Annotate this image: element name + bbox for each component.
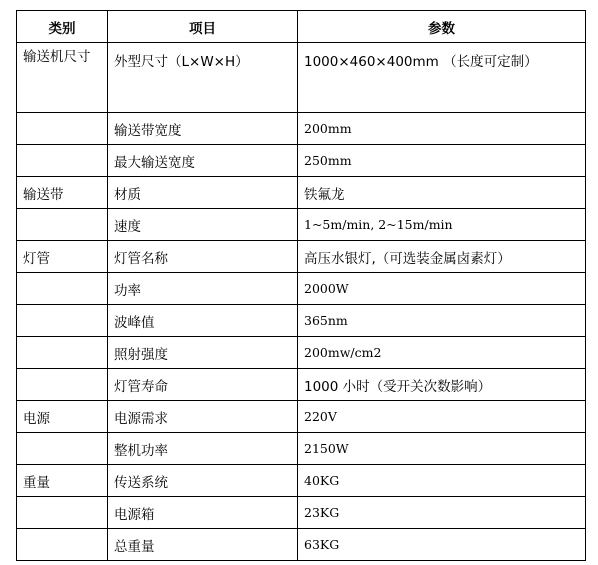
value-cell: 1000×460×400mm （长度可定制）: [298, 43, 586, 113]
table-row: 灯管寿命 1000 小时（受开关次数影响）: [17, 369, 586, 401]
value-cell: 40KG: [298, 465, 586, 497]
table-row: 整机功率 2150W: [17, 433, 586, 465]
header-value: 参数: [298, 11, 586, 43]
item-cell: 电源箱: [108, 497, 298, 529]
category-cell: [17, 305, 108, 337]
value-cell: 220V: [298, 401, 586, 433]
value-cell: 2150W: [298, 433, 586, 465]
value-cell: 铁氟龙: [298, 177, 586, 209]
category-cell: 输送带: [17, 177, 108, 209]
item-cell: 灯管寿命: [108, 369, 298, 401]
table-row: 照射强度 200mw/cm2: [17, 337, 586, 369]
item-cell: 整机功率: [108, 433, 298, 465]
table-row: 输送带 材质 铁氟龙: [17, 177, 586, 209]
header-category: 类别: [17, 11, 108, 43]
table-row: 波峰值 365nm: [17, 305, 586, 337]
item-cell: 外型尺寸（L×W×H）: [108, 43, 298, 113]
category-cell: 输送机尺寸: [17, 43, 108, 113]
item-cell: 照射强度: [108, 337, 298, 369]
category-cell: [17, 145, 108, 177]
category-cell: [17, 497, 108, 529]
category-cell: [17, 273, 108, 305]
value-cell: 2000W: [298, 273, 586, 305]
category-cell: [17, 337, 108, 369]
item-cell: 功率: [108, 273, 298, 305]
value-cell: 200mw/cm2: [298, 337, 586, 369]
category-cell: [17, 433, 108, 465]
category-cell: 电源: [17, 401, 108, 433]
table-row: 电源箱 23KG: [17, 497, 586, 529]
item-cell: 波峰值: [108, 305, 298, 337]
table-row: 最大输送宽度 250mm: [17, 145, 586, 177]
category-cell: 重量: [17, 465, 108, 497]
value-cell: 63KG: [298, 529, 586, 561]
item-cell: 材质: [108, 177, 298, 209]
item-cell: 电源需求: [108, 401, 298, 433]
table-row: 速度 1~5m/min, 2~15m/min: [17, 209, 586, 241]
category-cell: [17, 529, 108, 561]
category-cell: 灯管: [17, 241, 108, 273]
item-cell: 总重量: [108, 529, 298, 561]
category-cell: [17, 369, 108, 401]
table-row: 电源 电源需求 220V: [17, 401, 586, 433]
header-item: 项目: [108, 11, 298, 43]
value-cell: 高压水银灯,（可选装金属卤素灯）: [298, 241, 586, 273]
value-cell: 1~5m/min, 2~15m/min: [298, 209, 586, 241]
value-cell: 250mm: [298, 145, 586, 177]
item-cell: 速度: [108, 209, 298, 241]
category-cell: [17, 209, 108, 241]
value-cell: 365nm: [298, 305, 586, 337]
category-cell: [17, 113, 108, 145]
item-cell: 灯管名称: [108, 241, 298, 273]
value-cell: 1000 小时（受开关次数影响）: [298, 369, 586, 401]
table-row: 功率 2000W: [17, 273, 586, 305]
table-row: 总重量 63KG: [17, 529, 586, 561]
table-row: 输送带宽度 200mm: [17, 113, 586, 145]
item-cell: 最大输送宽度: [108, 145, 298, 177]
spec-table: 类别 项目 参数 输送机尺寸 外型尺寸（L×W×H） 1000×460×400m…: [16, 10, 586, 561]
value-cell: 23KG: [298, 497, 586, 529]
table-row: 灯管 灯管名称 高压水银灯,（可选装金属卤素灯）: [17, 241, 586, 273]
table-row: 输送机尺寸 外型尺寸（L×W×H） 1000×460×400mm （长度可定制）: [17, 43, 586, 113]
table-row: 重量 传送系统 40KG: [17, 465, 586, 497]
item-cell: 传送系统: [108, 465, 298, 497]
item-cell: 输送带宽度: [108, 113, 298, 145]
table-header-row: 类别 项目 参数: [17, 11, 586, 43]
value-cell: 200mm: [298, 113, 586, 145]
